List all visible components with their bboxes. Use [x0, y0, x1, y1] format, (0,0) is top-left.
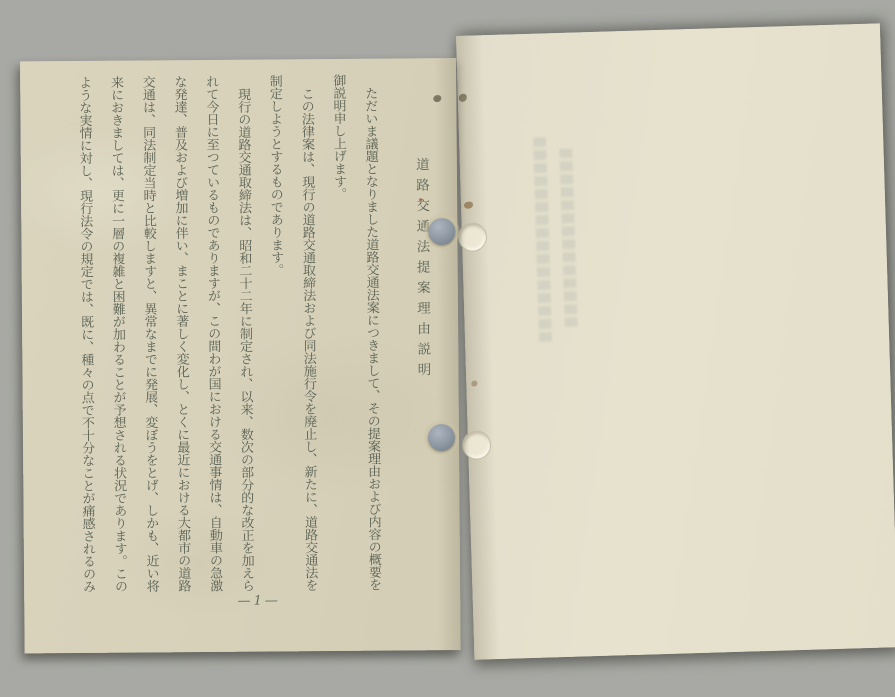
document-title: 道路交通法提案理由説明	[413, 157, 431, 383]
spine-shadow	[434, 58, 461, 650]
body-text: ただいま議題となりました道路交通法案につきまして、その提案理由および内容の概要を…	[76, 74, 380, 598]
show-through-text	[559, 149, 577, 327]
right-page	[456, 23, 895, 659]
spine-shadow	[456, 35, 501, 659]
text-column: 来におきましては、更に一層の複雑と困難が加わることが予想される状況であります。こ…	[108, 76, 126, 591]
text-column: な発達、普及および増加に伴い、まことに著しく変化し、とくに最近における大都市の道…	[171, 75, 189, 590]
page-number: —1—	[199, 593, 319, 609]
text-column: この法律案は、現行の道路交通取締法および同法施行令を廃止し、新たに、道路交通法を	[298, 74, 316, 602]
show-through-text	[533, 137, 552, 342]
scanned-booklet-spread: 道路交通法提案理由説明 ただいま議題となりました道路交通法案につきまして、その提…	[0, 0, 895, 697]
text-column: 現行の道路交通取締法は、昭和二十二年に制定され、以来、数次の部分的な改正を加えら	[235, 75, 253, 603]
text-column: 制定しようとするものであります。	[267, 74, 285, 589]
text-column: れて今日に至つているものでありますが、この間わが国における交通事情は、自動車の急…	[203, 75, 221, 590]
text-column: 交通は、同法制定当時と比較しますと、異常なまでに発展、変ぼうをとげ、しかも、近い…	[140, 75, 158, 590]
text-column: ような実情に対し、現行法令の規定では、既に、種々の点で不十分なことが痛感されるの…	[76, 76, 94, 591]
text-column: ただいま議題となりました道路交通法案につきまして、その提案理由および内容の概要を	[362, 74, 380, 602]
left-page: 道路交通法提案理由説明 ただいま議題となりました道路交通法案につきまして、その提…	[20, 58, 461, 653]
binding-fastener-bottom	[428, 424, 455, 451]
text-column: 御説明申し上げます。	[330, 74, 348, 589]
binding-fastener-top	[428, 218, 455, 245]
